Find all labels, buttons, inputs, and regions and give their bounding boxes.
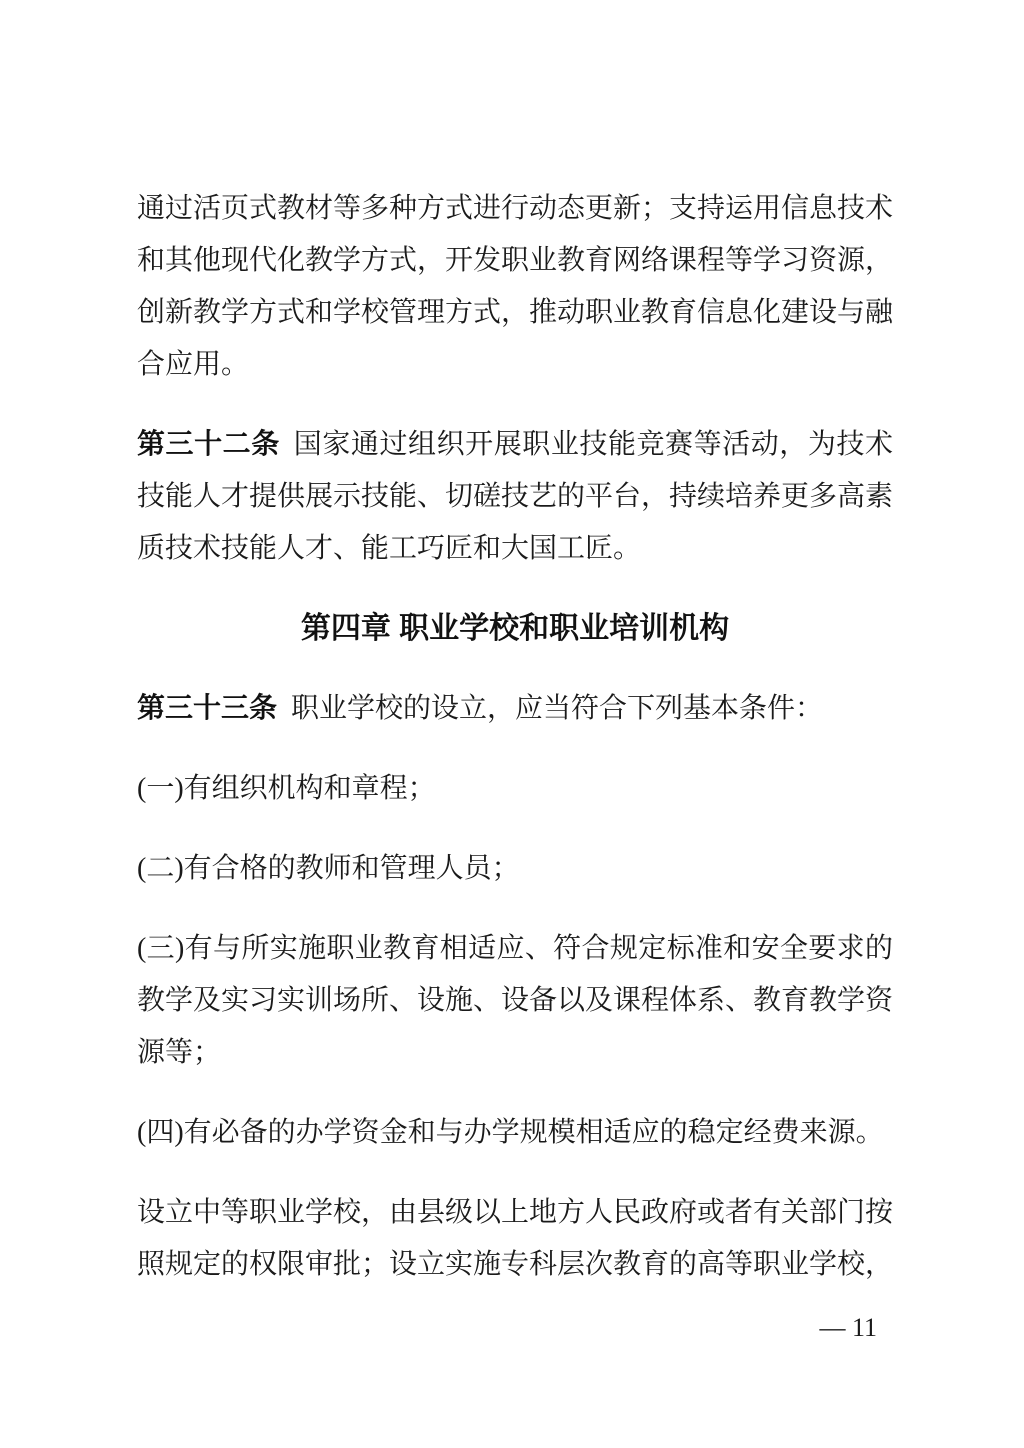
article-33-text: 职业学校的设立，应当符合下列基本条件： xyxy=(291,693,823,724)
chapter-4-heading: 第四章 职业学校和职业培训机构 xyxy=(137,603,893,655)
document-page: 通过活页式教材等多种方式进行动态更新；支持运用信息技术和其他现代化教学方式，开发… xyxy=(0,0,1024,1448)
paragraph-article-32: 第三十二条国家通过组织开展职业技能竞赛等活动，为技术技能人才提供展示技能、切磋技… xyxy=(137,419,893,575)
paragraph-continuation: 通过活页式教材等多种方式进行动态更新；支持运用信息技术和其他现代化教学方式，开发… xyxy=(137,183,893,391)
article-32-number: 第三十二条 xyxy=(137,429,280,460)
condition-item-1: (一)有组织机构和章程； xyxy=(137,763,893,815)
document-content: 通过活页式教材等多种方式进行动态更新；支持运用信息技术和其他现代化教学方式，开发… xyxy=(0,0,1024,1343)
page-number: — 11 xyxy=(137,1313,893,1343)
condition-item-4: (四)有必备的办学资金和与办学规模相适应的稳定经费来源。 xyxy=(137,1107,893,1159)
condition-item-2: (二)有合格的教师和管理人员； xyxy=(137,843,893,895)
paragraph-article-33: 第三十三条职业学校的设立，应当符合下列基本条件： xyxy=(137,683,893,735)
condition-item-3: (三)有与所实施职业教育相适应、符合规定标准和安全要求的教学及实习实训场所、设施… xyxy=(137,923,893,1079)
paragraph-closing: 设立中等职业学校，由县级以上地方人民政府或者有关部门按照规定的权限审批；设立实施… xyxy=(137,1187,893,1291)
article-33-number: 第三十三条 xyxy=(137,693,277,724)
